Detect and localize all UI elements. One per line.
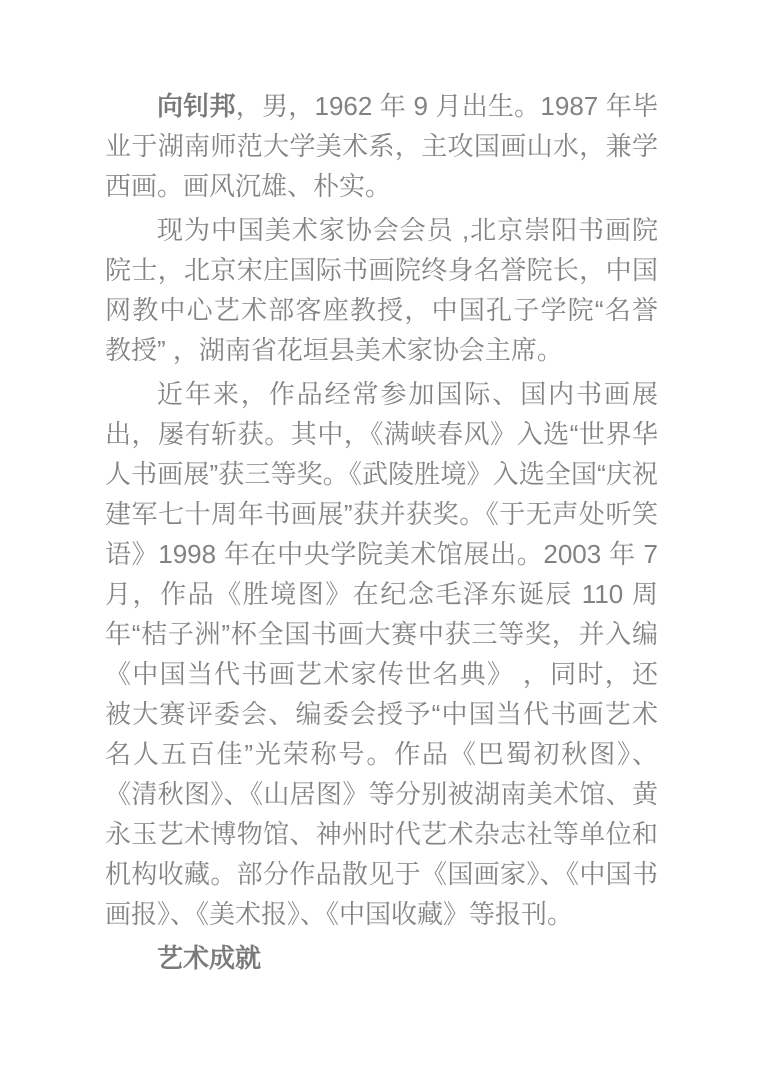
document-page: 向钊邦，男，1962 年 9 月出生。1987 年毕业于湖南师范大学美术系，主攻…: [0, 0, 763, 1080]
paragraph-achievements: 近年来，作品经常参加国际、国内书画展出，屡有斩获。其中，《满峡春风》入选“世界华…: [105, 374, 658, 934]
paragraph-titles: 现为中国美术家协会会员 ,北京崇阳书画院院士，北京宋庄国际书画院终身名誉院长，中…: [105, 210, 658, 370]
section-heading-art-achievements: 艺术成就: [105, 938, 658, 978]
artist-name: 向钊邦: [157, 91, 236, 121]
document-content: 向钊邦，男，1962 年 9 月出生。1987 年毕业于湖南师范大学美术系，主攻…: [105, 0, 658, 978]
paragraph-intro: 向钊邦，男，1962 年 9 月出生。1987 年毕业于湖南师范大学美术系，主攻…: [105, 86, 658, 206]
